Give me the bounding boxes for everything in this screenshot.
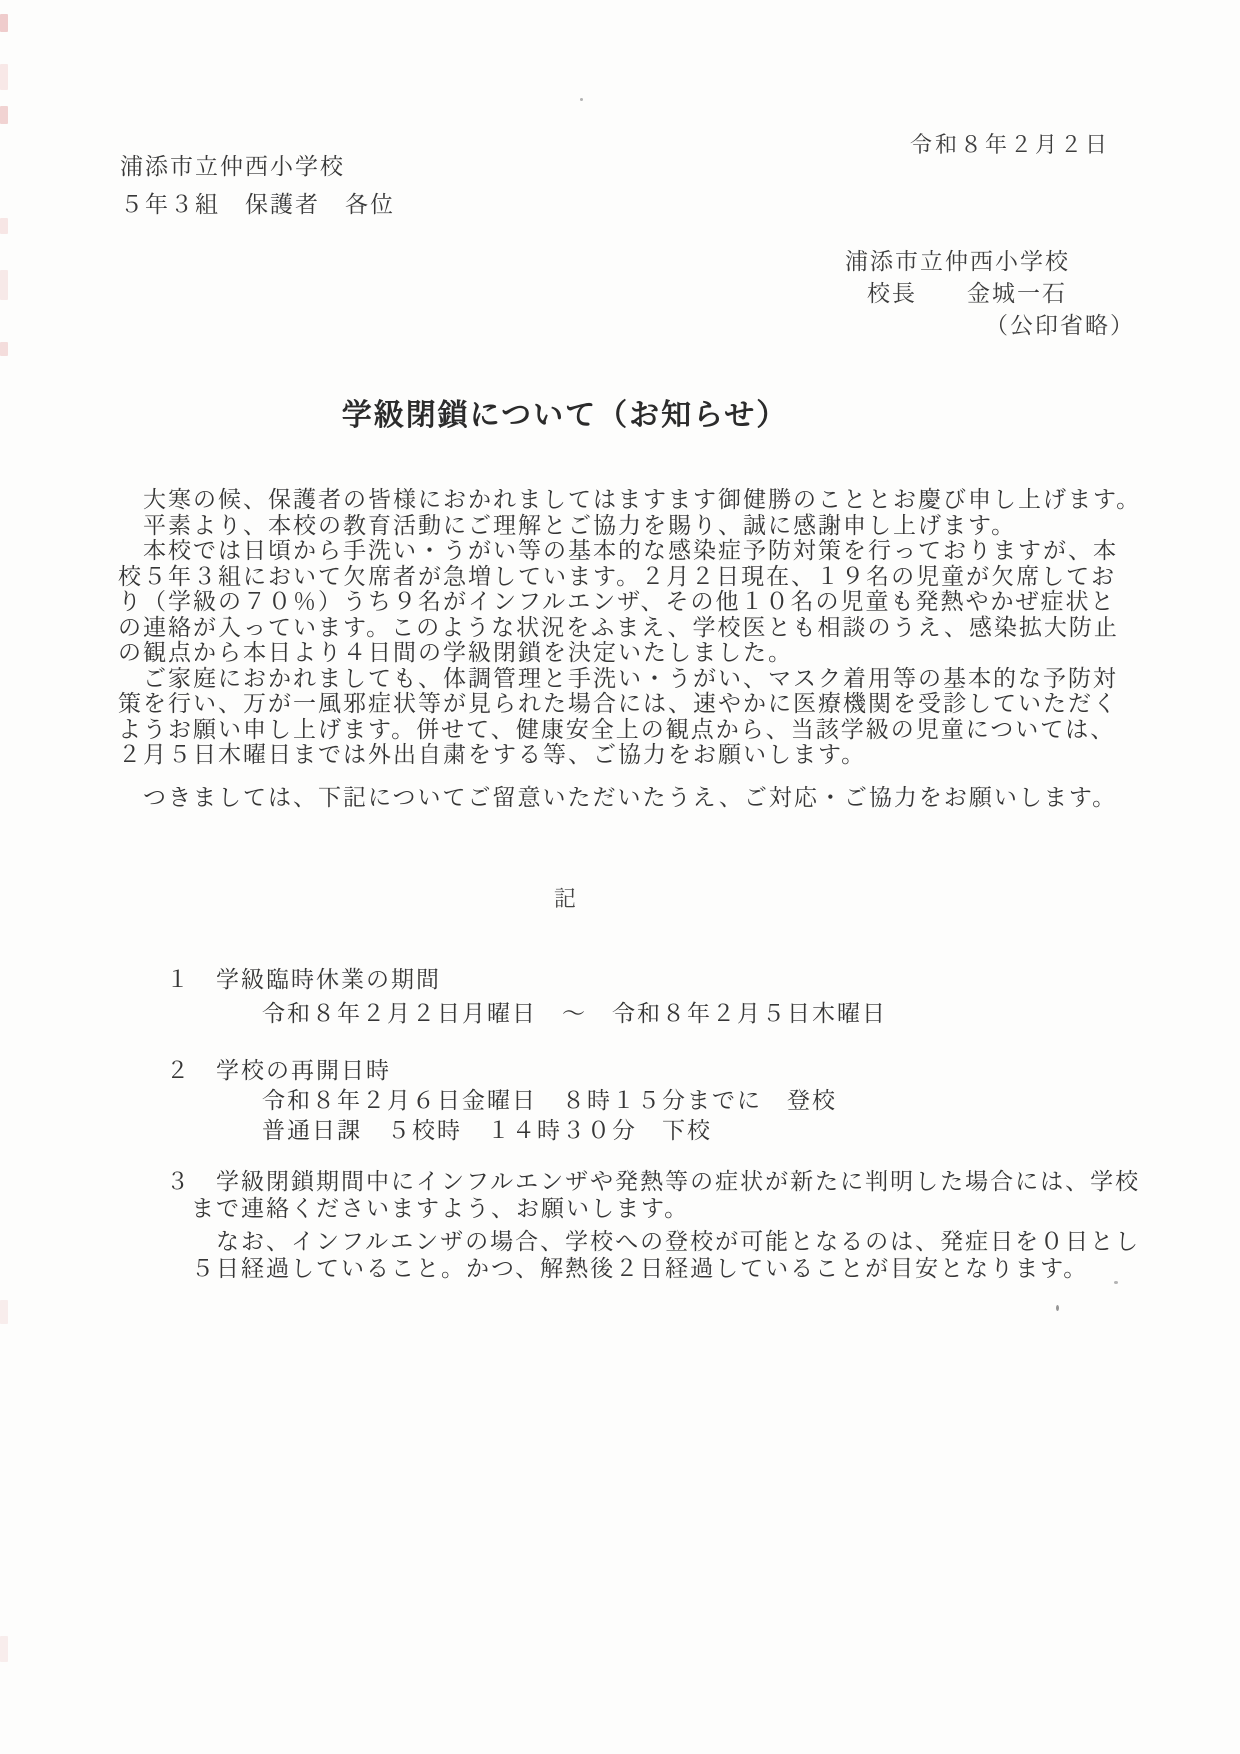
sender-school: 浦添市立仲西小学校: [845, 246, 1135, 278]
body-line: ２月５日木曜日までは外出自粛をする等、ご協力をお願いします。: [118, 742, 1133, 768]
scan-artifact: [0, 270, 8, 300]
body-line: り（学級の７０％）うち９名がインフルエンザ、その他１０名の児童も発熱やかぜ症状と: [118, 589, 1133, 615]
addressee-school: 浦添市立仲西小学校: [120, 148, 395, 186]
sender-principal: 校長 金城一石: [845, 278, 1135, 310]
scan-artifact: [0, 218, 8, 234]
scan-artifact: [0, 14, 8, 32]
document-page: 令和８年２月２日 浦添市立仲西小学校 ５年３組 保護者 各位 浦添市立仲西小学校…: [0, 0, 1240, 1754]
body-line: つきましては、下記についてご留意いただいたうえ、ご対応・ご協力をお願いします。: [118, 785, 1133, 811]
item3-line: ５日経過していること。かつ、解熱後２日経過していることが目安となります。: [166, 1255, 1146, 1282]
sender-block: 浦添市立仲西小学校 校長 金城一石 （公印省略）: [845, 246, 1135, 342]
item2-reopen-line: 令和８年２月６日金曜日 ８時１５分までに 登校: [166, 1086, 1146, 1116]
scan-artifact: [0, 1300, 8, 1324]
scan-artifact: [0, 64, 8, 90]
body-line: 平素より、本校の教育活動にご理解とご協力を賜り、誠に感謝申し上げます。: [118, 513, 1133, 539]
list-item-closure-period: １ 学級臨時休業の期間 令和８年２月２日月曜日 ～ 令和８年２月５日木曜日: [166, 966, 1146, 1027]
item3-line: なお、インフルエンザの場合、学校への登校が可能となるのは、発症日を０日とし: [166, 1228, 1146, 1255]
item2-schedule-line: 普通日課 ５校時 １４時３０分 下校: [166, 1116, 1146, 1146]
body-line: 本校では日頃から手洗い・うがい等の基本的な感染症予防対策を行っておりますが、本: [118, 538, 1133, 564]
body-text: 大寒の候、保護者の皆様におかれましてはますます御健勝のこととお慶び申し上げます。…: [118, 487, 1133, 810]
scan-speck: [580, 98, 583, 101]
body-line: の連絡が入っています。このような状況をふまえ、学校医とも相談のうえ、感染拡大防止: [118, 615, 1133, 641]
addressee-block: 浦添市立仲西小学校 ５年３組 保護者 各位: [120, 148, 395, 224]
body-line: ようお願い申し上げます。併せて、健康安全上の観点から、当該学級の児童については、: [118, 717, 1133, 743]
body-line: の観点から本日より４日間の学級閉鎖を決定いたしました。: [118, 640, 1133, 666]
body-line: 策を行い、万が一風邪症状等が見られた場合には、速やかに医療機関を受診していただく: [118, 691, 1133, 717]
scan-artifact: [0, 342, 8, 356]
scan-speck: [1056, 1305, 1059, 1311]
addressee-class: ５年３組 保護者 各位: [120, 186, 395, 224]
document-title: 学級閉鎖について（お知らせ）: [0, 390, 1130, 434]
list-item-school-reopen: ２ 学校の再開日時 令和８年２月６日金曜日 ８時１５分までに 登校 普通日課 ５…: [166, 1056, 1146, 1146]
item1-heading: １ 学級臨時休業の期間: [166, 966, 1146, 993]
item3-line: まで連絡くださいますよう、お願いします。: [166, 1195, 1146, 1222]
body-line: 大寒の候、保護者の皆様におかれましてはますます御健勝のこととお慶び申し上げます。: [118, 487, 1133, 513]
body-line: 校５年３組において欠席者が急増しています。２月２日現在、１９名の児童が欠席してお: [118, 564, 1133, 590]
record-marker: 記: [0, 882, 1130, 913]
body-line: ご家庭におかれましても、体調管理と手洗い・うがい、マスク着用等の基本的な予防対: [118, 666, 1133, 692]
document-date: 令和８年２月２日: [910, 128, 1110, 159]
sender-seal-note: （公印省略）: [845, 310, 1135, 342]
item3-line: ３ 学級閉鎖期間中にインフルエンザや発熱等の症状が新たに判明した場合には、学校: [166, 1168, 1146, 1195]
scan-artifact: [0, 1636, 8, 1662]
scan-artifact: [0, 106, 8, 124]
list-item-notification-request: ３ 学級閉鎖期間中にインフルエンザや発熱等の症状が新たに判明した場合には、学校 …: [166, 1168, 1146, 1282]
item1-period: 令和８年２月２日月曜日 ～ 令和８年２月５日木曜日: [166, 1000, 1146, 1027]
item2-heading: ２ 学校の再開日時: [166, 1056, 1146, 1086]
